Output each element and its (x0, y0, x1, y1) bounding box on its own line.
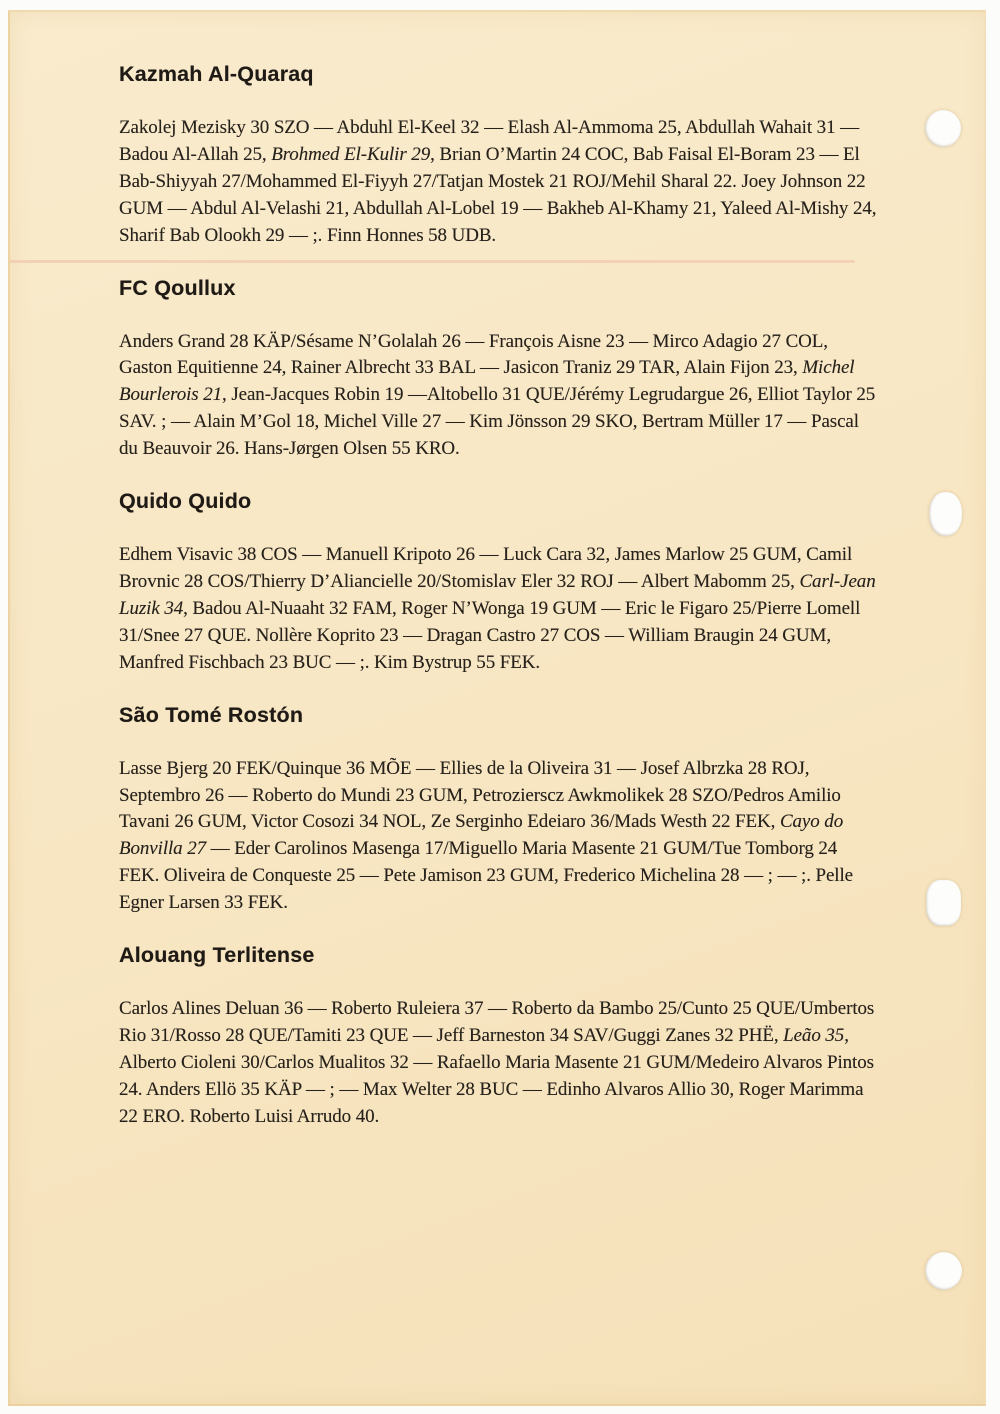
punch-hole-icon (929, 492, 962, 536)
team-section: São Tomé Rostón Lasse Bjerg 20 FEK/Quinq… (119, 701, 881, 917)
punch-hole-icon (925, 1252, 962, 1290)
roster-content: Kazmah Al-Quaraq Zakolej Mezisky 30 SZO … (119, 60, 881, 1155)
roster-text: — Eder Carolinos Masenga 17/Miguello Mar… (119, 838, 853, 913)
team-roster-paragraph: Zakolej Mezisky 30 SZO — Abduhl El-Keel … (119, 115, 881, 250)
team-roster-paragraph: Carlos Alines Deluan 36 — Roberto Ruleie… (119, 996, 881, 1131)
roster-text: Anders Grand 28 KÄP/Sésame N’Golalah 26 … (119, 331, 828, 379)
scanned-page: Kazmah Al-Quaraq Zakolej Mezisky 30 SZO … (0, 0, 1000, 1414)
team-heading: Alouang Terlitense (119, 941, 881, 969)
team-roster-paragraph: Lasse Bjerg 20 FEK/Quinque 36 MÕE — Elli… (119, 756, 881, 917)
team-section: Quido Quido Edhem Visavic 38 COS — Manue… (119, 487, 881, 677)
team-heading: São Tomé Rostón (119, 701, 881, 729)
italic-player-name: Brohmed El-Kulir 29 (271, 144, 430, 165)
team-section: FC Qoullux Anders Grand 28 KÄP/Sésame N’… (119, 274, 881, 464)
team-section: Kazmah Al-Quaraq Zakolej Mezisky 30 SZO … (119, 60, 881, 250)
roster-text: Carlos Alines Deluan 36 — Roberto Ruleie… (119, 998, 874, 1046)
roster-text: , Badou Al-Nuaaht 32 FAM, Roger N’Wonga … (119, 598, 860, 673)
punch-hole-icon (925, 110, 961, 147)
roster-text: , Jean-Jacques Robin 19 —Altobello 31 QU… (119, 384, 875, 459)
team-heading: Kazmah Al-Quaraq (119, 60, 881, 88)
team-roster-paragraph: Edhem Visavic 38 COS — Manuell Kripoto 2… (119, 542, 881, 677)
team-heading: Quido Quido (119, 487, 881, 515)
punch-hole-icon (926, 880, 961, 926)
roster-text: Edhem Visavic 38 COS — Manuell Kripoto 2… (119, 544, 852, 592)
team-heading: FC Qoullux (119, 274, 881, 302)
roster-text: Lasse Bjerg 20 FEK/Quinque 36 MÕE — Elli… (119, 758, 841, 833)
italic-player-name: Leão 35 (783, 1025, 844, 1046)
paper-sheet: Kazmah Al-Quaraq Zakolej Mezisky 30 SZO … (8, 10, 986, 1406)
team-roster-paragraph: Anders Grand 28 KÄP/Sésame N’Golalah 26 … (119, 329, 881, 464)
team-section: Alouang Terlitense Carlos Alines Deluan … (119, 941, 881, 1131)
